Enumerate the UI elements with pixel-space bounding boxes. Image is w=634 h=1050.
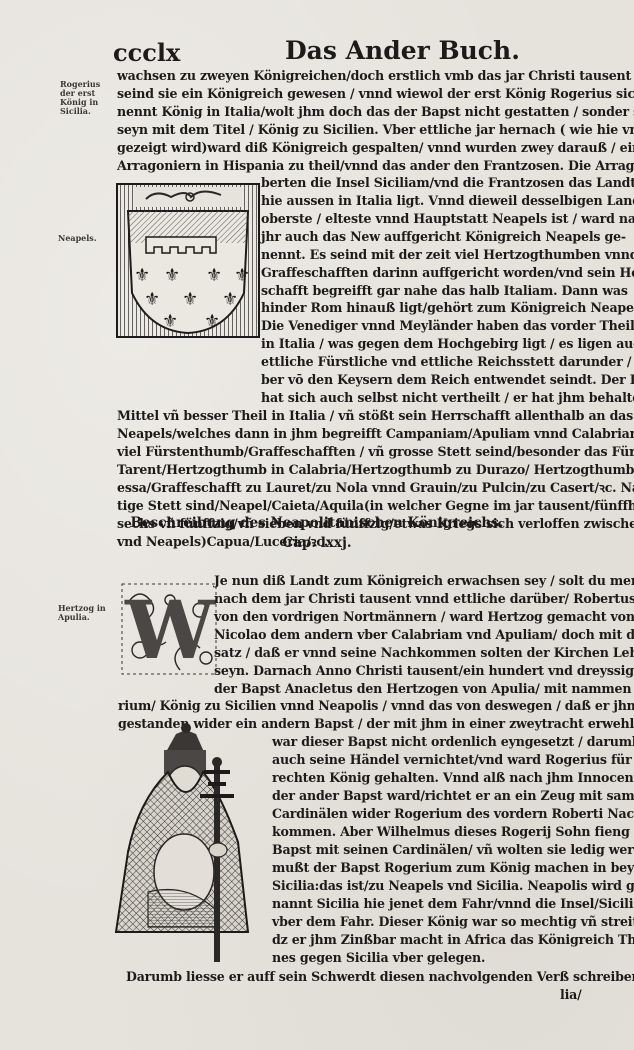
text-line: Arragoniern in Hispania zu theil/vnnd da… xyxy=(117,157,593,175)
svg-text:⚜: ⚜ xyxy=(182,289,198,310)
text-line: Neapels/welches dann in jhm begreifft Ca… xyxy=(117,425,593,443)
text-line: tige Stett sind/Neapel/Caieta/Aquila(in … xyxy=(117,497,593,515)
text-line: jhr auch das New auffgericht Königreich … xyxy=(261,228,593,246)
svg-text:⚜: ⚜ xyxy=(162,311,178,332)
text-line: war dieser Bapst nicht ordenlich eyngese… xyxy=(272,733,593,751)
text-line: Tarent/Hertzogthumb in Calabria/Hertzogt… xyxy=(117,461,593,479)
text-line: satz / daß er vnnd seine Nachkommen solt… xyxy=(214,644,593,662)
text-line: hat sich auch selbst nicht vertheilt / e… xyxy=(261,389,593,407)
text-line: Graffeschafften darinn auffgericht worde… xyxy=(261,264,593,282)
fleur-de-lis-shield-icon: ⚜ ⚜ ⚜ ⚜ ⚜ ⚜ ⚜ ⚜ ⚜ xyxy=(116,183,260,338)
svg-text:W: W xyxy=(124,583,216,677)
text-line: nennt König in Italia/wolt jhm doch das … xyxy=(117,103,593,121)
text-line: rechten König gehalten. Vnnd alß nach jh… xyxy=(272,769,593,787)
text-line: Sicilia:das ist/zu Neapels vnd Sicilia. … xyxy=(272,877,593,895)
text-line: nach dem jar Christi tausent vnnd ettlic… xyxy=(214,590,593,608)
ornamental-letter-w-icon: W xyxy=(120,580,220,678)
text-line: Die Venediger vnnd Meyländer haben das v… xyxy=(261,317,593,335)
running-title: Das Ander Buch. xyxy=(285,36,520,65)
svg-text:⚜: ⚜ xyxy=(134,265,150,286)
svg-text:⚜: ⚜ xyxy=(222,289,238,310)
text-line: seyn mit dem Titel / König zu Sicilien. … xyxy=(117,121,593,139)
folio-number: ccclx xyxy=(113,38,180,67)
text-line: Cardinälen wider Rogerium des vordern Ro… xyxy=(272,805,593,823)
text-line: lia/ xyxy=(560,986,600,1004)
decorated-initial: W xyxy=(120,580,220,678)
text-line: Mittel vñ besser Theil in Italia / vñ st… xyxy=(117,407,593,425)
text-line: hinder Rom hinauß ligt/gehört zum Königr… xyxy=(261,299,593,317)
text-line: wachsen zu zweyen Königreichen/doch erst… xyxy=(117,67,593,85)
text-line: mußt der Bapst Rogerium zum König machen… xyxy=(272,859,593,877)
text-line: Bapst mit seinen Cardinälen/ vñ wolten s… xyxy=(272,841,593,859)
margin-note-hertzog: Hertzog in Apulia. xyxy=(58,604,108,622)
text-line: viel Fürstenthumb/Graffeschafften / vñ g… xyxy=(117,443,593,461)
text-line: Nicolao dem andern vber Calabriam vnd Ap… xyxy=(214,626,593,644)
text-line: seind sie ein Königreich gewesen / vnnd … xyxy=(117,85,593,103)
text-line: von den vordrigen Nortmännern / ward Her… xyxy=(214,608,593,626)
text-line: seyn. Darnach Anno Christi tausent/ein h… xyxy=(214,662,593,680)
svg-text:⚜: ⚜ xyxy=(204,311,220,332)
text-line: der Bapst Anacletus den Hertzogen von Ap… xyxy=(214,680,593,698)
text-line: der ander Bapst ward/richtet er an ein Z… xyxy=(272,787,593,805)
margin-note-rogerius: Rogerius der erst König in Sicilia. xyxy=(60,80,110,116)
pope-woodcut-figure xyxy=(108,722,268,962)
coat-of-arms-figure: ⚜ ⚜ ⚜ ⚜ ⚜ ⚜ ⚜ ⚜ ⚜ xyxy=(116,183,260,338)
text-line: essa/Graffeschafft zu Lauret/zu Nola vnn… xyxy=(117,479,593,497)
text-line: nannt Sicilia hie jenet dem Fahr/vnnd di… xyxy=(272,895,593,913)
svg-text:⚜: ⚜ xyxy=(144,289,160,310)
text-line: kommen. Aber Wilhelmus dieses Rogerij So… xyxy=(272,823,593,841)
text-line: in Italia / was gegen dem Hochgebirg lig… xyxy=(261,335,593,353)
text-line: nennt. Es seind mit der zeit viel Hertzo… xyxy=(261,246,593,264)
svg-text:⚜: ⚜ xyxy=(234,265,250,286)
text-line: oberste / elteste vnnd Hauptstatt Neapel… xyxy=(261,210,593,228)
text-line: dz er jhm Zinßbar macht in Africa das Kö… xyxy=(272,931,593,949)
margin-note-neapels: Neapels. xyxy=(58,234,108,243)
svg-text:⚜: ⚜ xyxy=(206,265,222,286)
text-line: Darumb liesse er auff sein Schwerdt dies… xyxy=(126,968,593,986)
text-line: Je nun diß Landt zum Königreich erwachse… xyxy=(214,572,593,590)
svg-text:⚜: ⚜ xyxy=(164,265,180,286)
text-line: ber vō den Keysern dem Reich entwendet s… xyxy=(261,371,593,389)
text-line: auch seine Händel vernichtet/vnd ward Ro… xyxy=(272,751,593,769)
text-line: vber dem Fahr. Dieser König war so mecht… xyxy=(272,913,593,931)
text-line: ettliche Fürstliche vnd ettliche Reichss… xyxy=(261,353,593,371)
text-line: schafft begreifft gar nahe das halb Ital… xyxy=(261,282,593,300)
text-line: gezeigt wird)ward diß Königreich gespalt… xyxy=(117,139,593,157)
text-line: rium/ König zu Sicilien vnnd Neapolis / … xyxy=(118,697,594,715)
text-line: nes gegen Sicilia vber gelegen. xyxy=(272,949,593,967)
text-line: hie aussen in Italia ligt. Vnnd dieweil … xyxy=(261,192,593,210)
chapter-number: Cap. lxxj. xyxy=(0,535,634,551)
chapter-title: Beschreibung des Neapolitanischen Königr… xyxy=(0,515,634,531)
pope-with-cross-staff-icon xyxy=(108,722,268,962)
text-line: berten die Insel Siciliam/vnd die Frantz… xyxy=(261,174,593,192)
